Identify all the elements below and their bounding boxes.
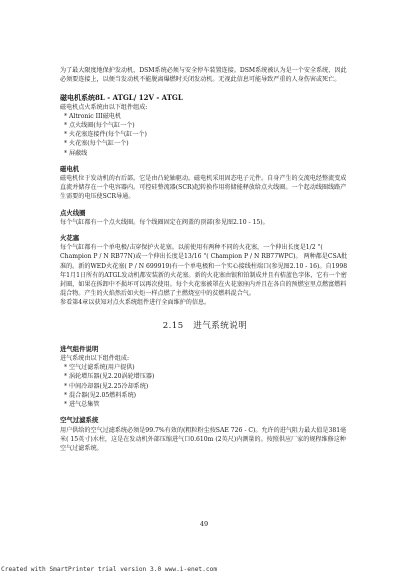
magneto-system-lead: 磁电机点火系统由以下组件组成: bbox=[60, 103, 350, 112]
ignition-coil-heading: 点火线圈 bbox=[60, 209, 350, 218]
list-item: 空气过滤系统(用户提供) bbox=[64, 363, 350, 372]
intake-components-heading: 进气组件说明 bbox=[60, 345, 350, 354]
spark-plug-paragraph: 每个气缸都有一个单电极/击穿保护火花塞。以前使用有两种不同的火花塞，一个伸出长度… bbox=[60, 243, 350, 298]
section-title: 2.15 进气系统说明 bbox=[60, 322, 350, 331]
intake-components-lead: 进气系统由以下组件组成: bbox=[60, 354, 350, 363]
magneto-system-list: Altronic III磁电机 点火线圈(每个气缸一个) 火花塞连接件(每个气缸… bbox=[60, 112, 350, 158]
magneto-heading: 磁电机 bbox=[60, 165, 350, 174]
spark-plug-heading: 火花塞 bbox=[60, 234, 350, 243]
list-item: 火花塞连接件(每个气缸一个) bbox=[64, 130, 350, 139]
list-item: 屏蔽线 bbox=[64, 149, 350, 158]
page-number: 49 bbox=[0, 520, 408, 528]
section-number: 2.15 bbox=[163, 321, 184, 331]
footer-watermark: Created with SmartPrinter trial version … bbox=[1, 566, 217, 573]
ignition-coil-paragraph: 每个气缸都有一个点火线圈。每个线圈固定在阀盖的顶部(参见图2.10 - 15)。 bbox=[60, 218, 350, 227]
list-item: 进气总集管 bbox=[64, 400, 350, 409]
list-item: 涡轮增压器(见2.20涡轮增压器) bbox=[64, 372, 350, 381]
magneto-paragraph: 磁电机位于发动机的右后部。它是由凸轮轴驱动。磁电机采用固态电子元件。自身产生的交… bbox=[60, 174, 350, 202]
air-filter-heading: 空气过滤系统 bbox=[60, 416, 350, 425]
document-page: 为了最大限度地保护发动机，DSM系统必须与安全停车装置连接。DSM系统被认为是一… bbox=[60, 66, 350, 453]
spark-plug-note: 参看第4章以获知对点火系统组件进行全面维护的信息。 bbox=[60, 298, 350, 307]
section-name: 进气系统说明 bbox=[193, 321, 247, 331]
intro-paragraph: 为了最大限度地保护发动机，DSM系统必须与安全停车装置连接。DSM系统被认为是一… bbox=[60, 66, 350, 84]
list-item: 火花塞(每个气缸一个) bbox=[64, 139, 350, 148]
list-item: 点火线圈(每个气缸一个) bbox=[64, 121, 350, 130]
list-item: Altronic III磁电机 bbox=[64, 112, 350, 121]
list-item: 中间冷却器(见2.25冷却系统) bbox=[64, 382, 350, 391]
list-item: 混合器(见2.05燃料系统) bbox=[64, 391, 350, 400]
air-filter-paragraph: 用户供给的空气过滤系统必须是99.7%有效的(粗粒粉尘按SAE 726 - C)… bbox=[60, 426, 350, 454]
magneto-system-heading: 磁电机系统8L - ATGL/ 12V - ATGL bbox=[60, 93, 350, 102]
intake-components-list: 空气过滤系统(用户提供) 涡轮增压器(见2.20涡轮增压器) 中间冷却器(见2.… bbox=[60, 363, 350, 409]
